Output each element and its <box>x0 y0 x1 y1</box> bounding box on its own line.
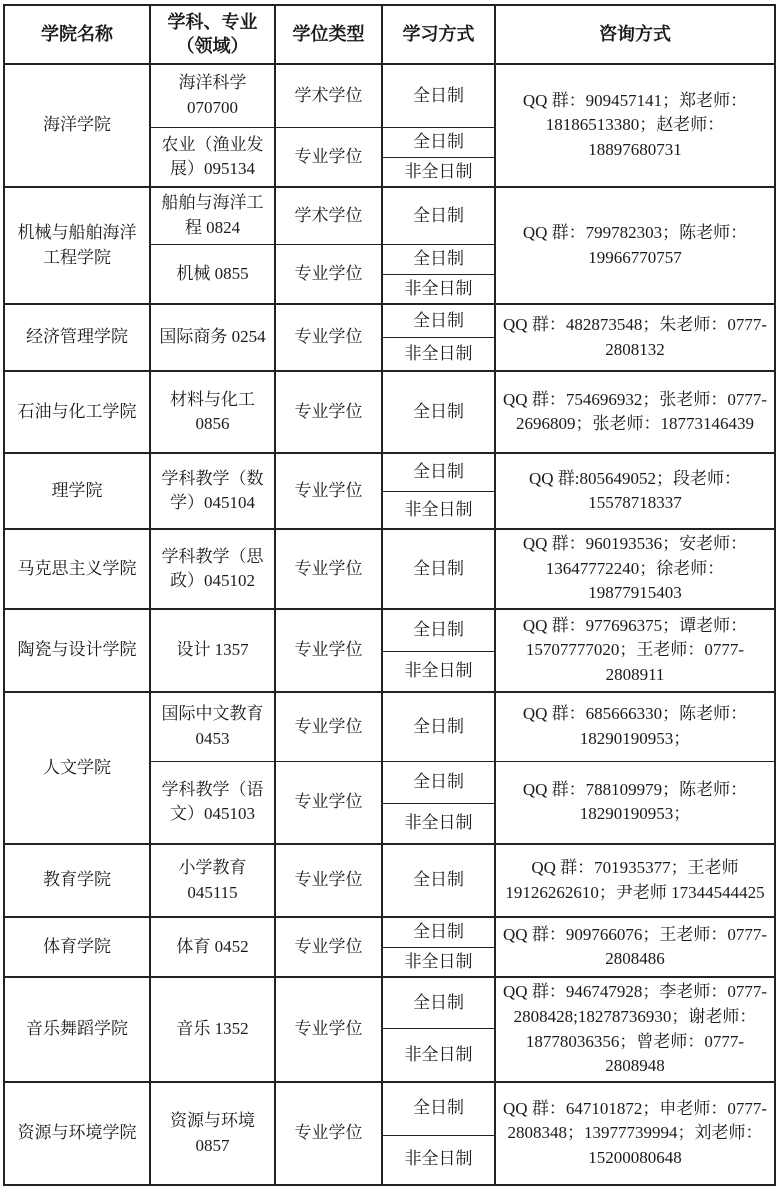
contact-cell: QQ 群：754696932；张老师：0777-2696809；张老师：1877… <box>495 371 775 453</box>
mode-cell: 全日制 <box>382 529 495 609</box>
table-row: 机械与船舶海洋工程学院 船舶与海洋工程 0824 学术学位 全日制 QQ 群：7… <box>4 187 775 244</box>
mode-cell: 全日制 <box>382 128 495 158</box>
college-cell: 石油与化工学院 <box>4 371 150 453</box>
major-cell: 学科教学（语文）045103 <box>150 761 275 844</box>
college-cell: 体育学院 <box>4 917 150 977</box>
college-cell: 音乐舞蹈学院 <box>4 977 150 1082</box>
table-row: 音乐舞蹈学院 音乐 1352 专业学位 全日制 QQ 群：946747928；李… <box>4 977 775 1028</box>
table-row: 体育学院 体育 0452 专业学位 全日制 QQ 群：909766076；王老师… <box>4 917 775 947</box>
mode-cell: 全日制 <box>382 453 495 491</box>
header-contact: 咨询方式 <box>495 5 775 64</box>
table-row: 理学院 学科教学（数学）045104 专业学位 全日制 QQ 群:8056490… <box>4 453 775 491</box>
mode-cell: 全日制 <box>382 371 495 453</box>
header-degree: 学位类型 <box>275 5 382 64</box>
mode-cell: 非全日制 <box>382 274 495 304</box>
degree-cell: 专业学位 <box>275 844 382 917</box>
major-cell: 机械 0855 <box>150 244 275 304</box>
college-cell: 海洋学院 <box>4 64 150 188</box>
mode-cell: 全日制 <box>382 304 495 337</box>
contact-cell: QQ 群：701935377；王老师 19126262610；尹老师 17344… <box>495 844 775 917</box>
degree-cell: 专业学位 <box>275 304 382 371</box>
college-cell: 人文学院 <box>4 692 150 844</box>
table-row: 马克思主义学院 学科教学（思政）045102 专业学位 全日制 QQ 群：960… <box>4 529 775 609</box>
page-body: 学院名称 学科、专业（领域） 学位类型 学习方式 咨询方式 海洋学院 海洋科学 … <box>0 0 778 1190</box>
mode-cell: 全日制 <box>382 977 495 1028</box>
header-college: 学院名称 <box>4 5 150 64</box>
header-row: 学院名称 学科、专业（领域） 学位类型 学习方式 咨询方式 <box>4 5 775 64</box>
degree-cell: 专业学位 <box>275 692 382 761</box>
mode-cell: 全日制 <box>382 761 495 803</box>
major-cell: 音乐 1352 <box>150 977 275 1082</box>
major-cell: 材料与化工 0856 <box>150 371 275 453</box>
degree-cell: 专业学位 <box>275 128 382 188</box>
mode-cell: 非全日制 <box>382 157 495 187</box>
mode-cell: 全日制 <box>382 917 495 947</box>
college-cell: 理学院 <box>4 453 150 529</box>
college-cell: 马克思主义学院 <box>4 529 150 609</box>
major-cell: 船舶与海洋工程 0824 <box>150 187 275 244</box>
mode-cell: 全日制 <box>382 64 495 128</box>
mode-cell: 非全日制 <box>382 1135 495 1185</box>
contact-cell: QQ 群：909457141；郑老师：18186513380；赵老师：18897… <box>495 64 775 188</box>
contact-cell: QQ 群：685666330；陈老师：18290190953； <box>495 692 775 761</box>
admissions-consult-table: 学院名称 学科、专业（领域） 学位类型 学习方式 咨询方式 海洋学院 海洋科学 … <box>3 4 776 1186</box>
table-row: 教育学院 小学教育 045115 专业学位 全日制 QQ 群：701935377… <box>4 844 775 917</box>
major-cell: 国际商务 0254 <box>150 304 275 371</box>
contact-cell: QQ 群：909766076；王老师：0777-2808486 <box>495 917 775 977</box>
college-cell: 教育学院 <box>4 844 150 917</box>
degree-cell: 专业学位 <box>275 1082 382 1185</box>
degree-cell: 专业学位 <box>275 977 382 1082</box>
table-row: 经济管理学院 国际商务 0254 专业学位 全日制 QQ 群：482873548… <box>4 304 775 337</box>
major-cell: 学科教学（数学）045104 <box>150 453 275 529</box>
header-mode: 学习方式 <box>382 5 495 64</box>
table-row: 石油与化工学院 材料与化工 0856 专业学位 全日制 QQ 群：7546969… <box>4 371 775 453</box>
major-cell: 小学教育 045115 <box>150 844 275 917</box>
mode-cell: 非全日制 <box>382 947 495 977</box>
degree-cell: 学术学位 <box>275 64 382 128</box>
contact-cell: QQ 群：960193536；安老师：13647772240；徐老师：19877… <box>495 529 775 609</box>
table-row: 资源与环境学院 资源与环境 0857 专业学位 全日制 QQ 群：6471018… <box>4 1082 775 1135</box>
degree-cell: 专业学位 <box>275 371 382 453</box>
major-cell: 设计 1357 <box>150 609 275 692</box>
mode-cell: 全日制 <box>382 692 495 761</box>
degree-cell: 专业学位 <box>275 917 382 977</box>
major-cell: 学科教学（思政）045102 <box>150 529 275 609</box>
mode-cell: 全日制 <box>382 844 495 917</box>
table-row: 海洋学院 海洋科学 070700 学术学位 全日制 QQ 群：909457141… <box>4 64 775 128</box>
mode-cell: 全日制 <box>382 609 495 651</box>
contact-cell: QQ 群：977696375；谭老师：15707777020；王老师：0777-… <box>495 609 775 692</box>
table-row: 人文学院 国际中文教育 0453 专业学位 全日制 QQ 群：685666330… <box>4 692 775 761</box>
mode-cell: 全日制 <box>382 1082 495 1135</box>
header-major: 学科、专业（领域） <box>150 5 275 64</box>
major-cell: 海洋科学 070700 <box>150 64 275 128</box>
major-cell: 资源与环境 0857 <box>150 1082 275 1185</box>
contact-cell: QQ 群：788109979；陈老师：18290190953； <box>495 761 775 844</box>
major-cell: 国际中文教育 0453 <box>150 692 275 761</box>
college-cell: 资源与环境学院 <box>4 1082 150 1185</box>
degree-cell: 专业学位 <box>275 244 382 304</box>
college-cell: 机械与船舶海洋工程学院 <box>4 187 150 304</box>
college-cell: 陶瓷与设计学院 <box>4 609 150 692</box>
major-cell: 农业（渔业发展）095134 <box>150 128 275 188</box>
contact-cell: QQ 群：482873548；朱老师：0777-2808132 <box>495 304 775 371</box>
mode-cell: 非全日制 <box>382 651 495 692</box>
degree-cell: 学术学位 <box>275 187 382 244</box>
degree-cell: 专业学位 <box>275 453 382 529</box>
mode-cell: 非全日制 <box>382 1029 495 1082</box>
contact-cell: QQ 群：799782303；陈老师：19966770757 <box>495 187 775 304</box>
college-cell: 经济管理学院 <box>4 304 150 371</box>
contact-cell: QQ 群：647101872；申老师：0777-2808348；13977739… <box>495 1082 775 1185</box>
mode-cell: 全日制 <box>382 187 495 244</box>
degree-cell: 专业学位 <box>275 609 382 692</box>
contact-cell: QQ 群:805649052；段老师：15578718337 <box>495 453 775 529</box>
degree-cell: 专业学位 <box>275 529 382 609</box>
degree-cell: 专业学位 <box>275 761 382 844</box>
mode-cell: 非全日制 <box>382 491 495 529</box>
mode-cell: 非全日制 <box>382 337 495 371</box>
mode-cell: 全日制 <box>382 244 495 274</box>
mode-cell: 非全日制 <box>382 803 495 844</box>
table-row: 陶瓷与设计学院 设计 1357 专业学位 全日制 QQ 群：977696375；… <box>4 609 775 651</box>
contact-cell: QQ 群：946747928；李老师：0777-2808428;18278736… <box>495 977 775 1082</box>
major-cell: 体育 0452 <box>150 917 275 977</box>
